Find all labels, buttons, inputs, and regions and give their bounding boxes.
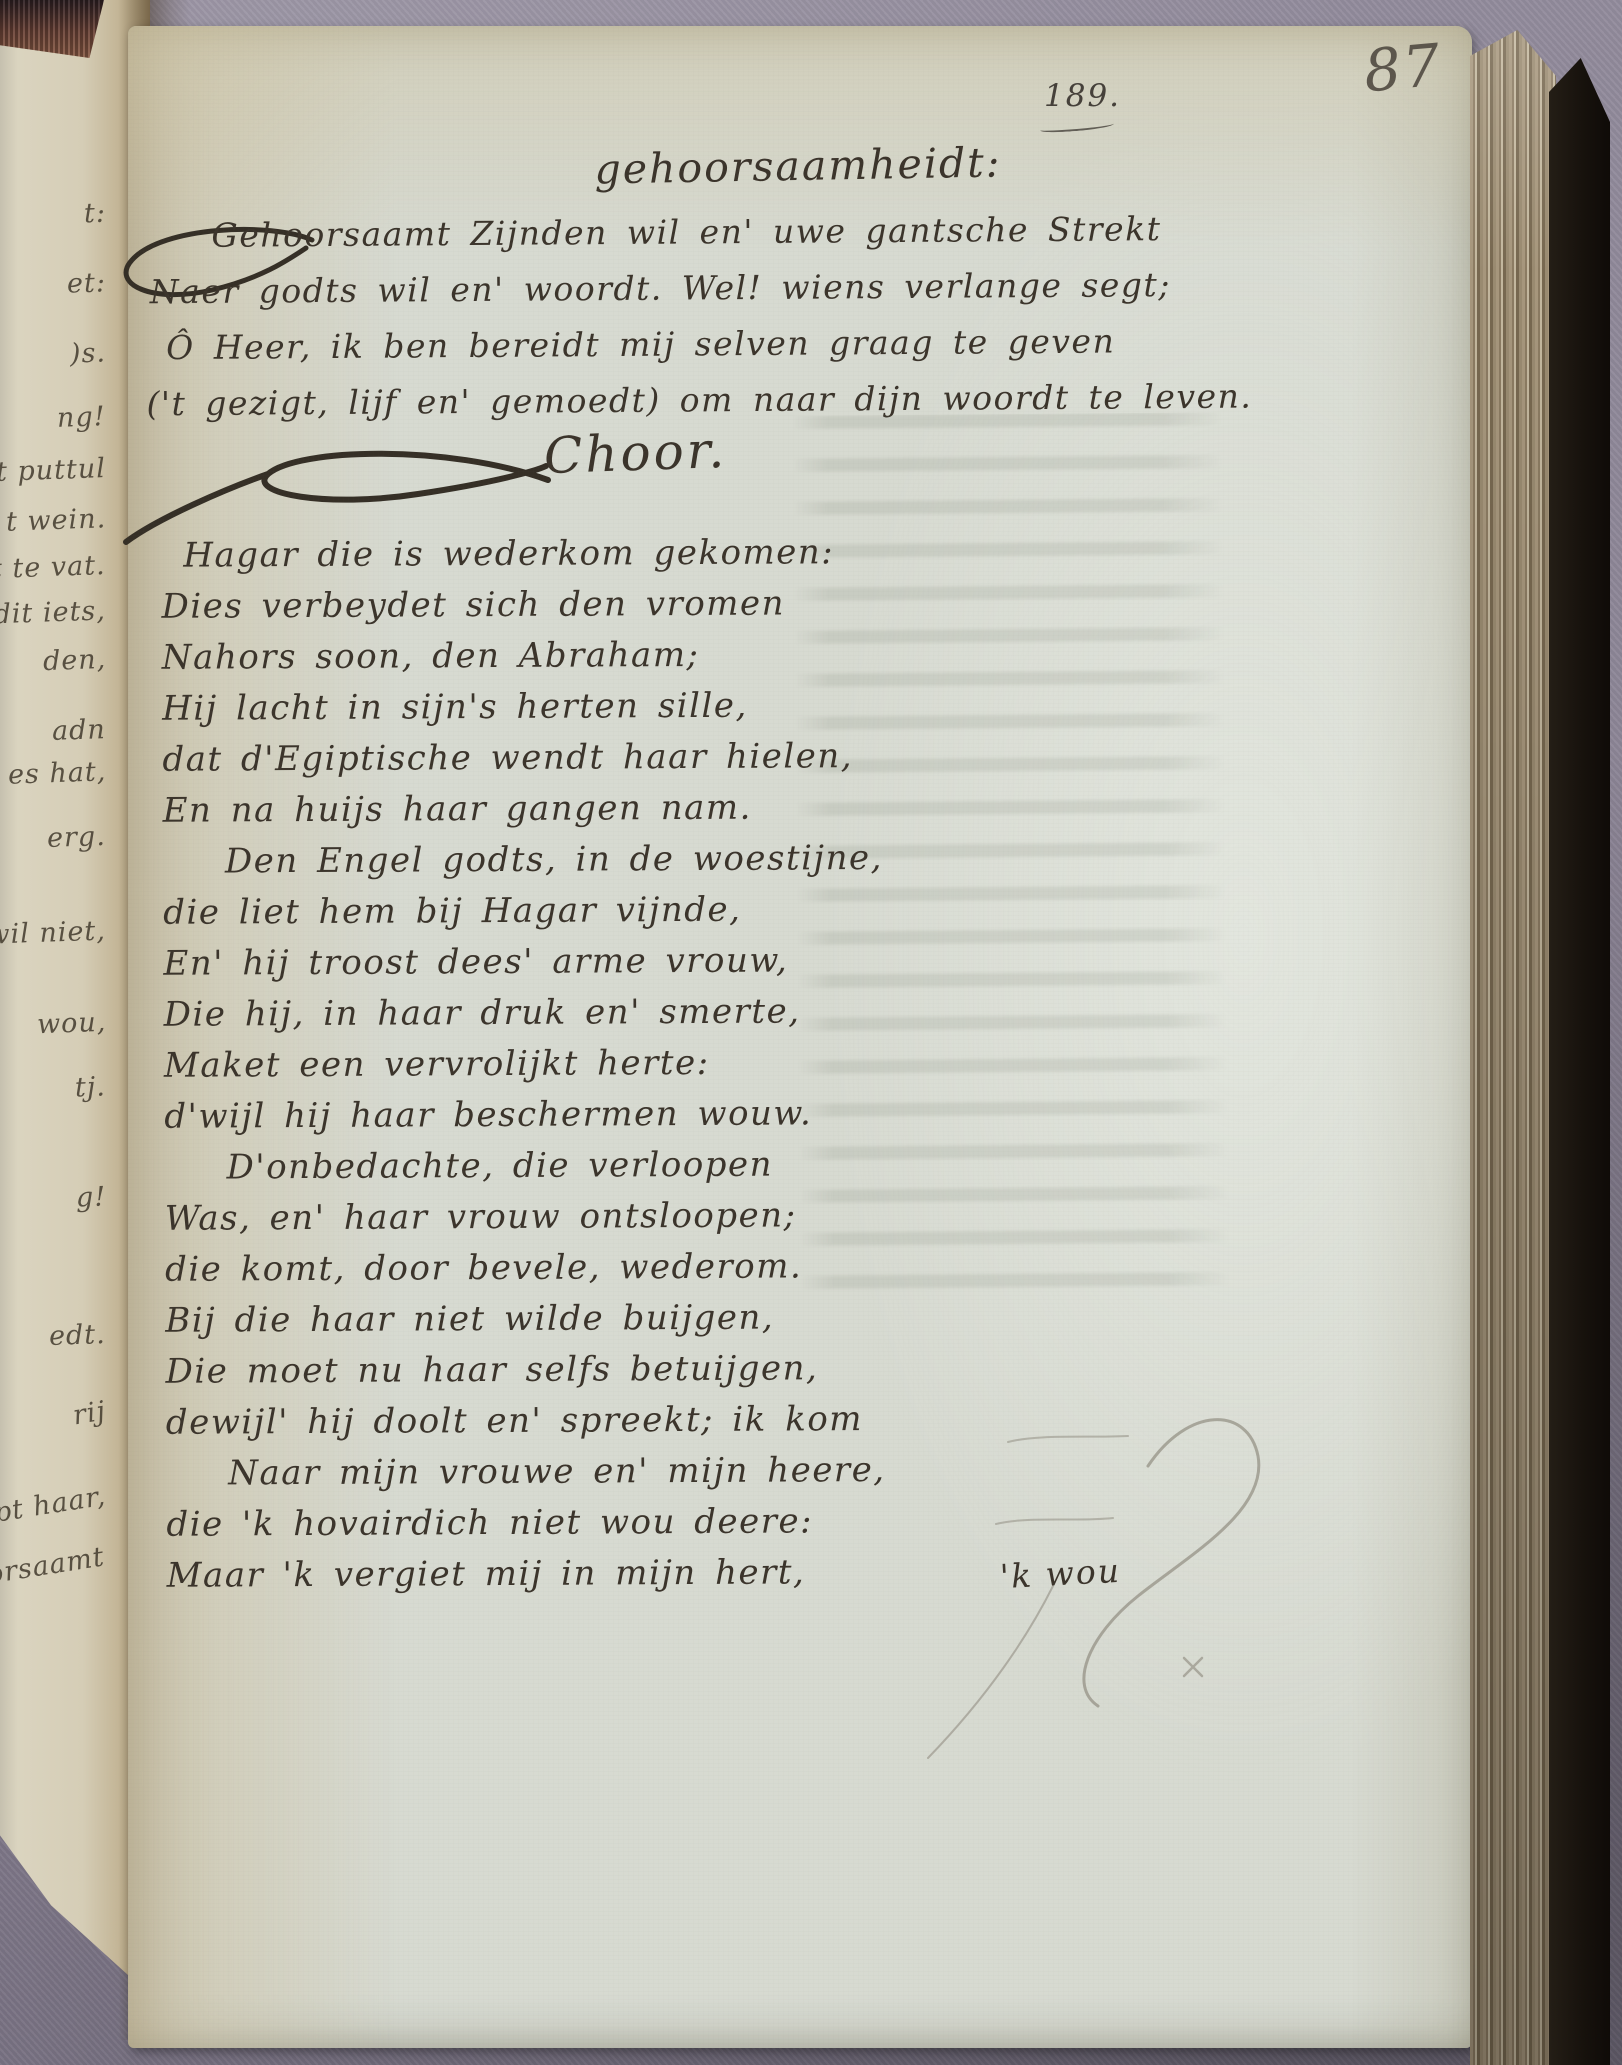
verse-line: En na huijs haar gangen nam. xyxy=(141,780,1241,837)
page-title: gehoorsaamheidt: xyxy=(508,137,1089,195)
edge-text-fragment: g! xyxy=(75,1181,106,1213)
edge-text-fragment: tj. xyxy=(75,1071,107,1103)
verse-line: die 'k hovairdich niet wou deere: xyxy=(144,1494,1244,1551)
book-cover-edge xyxy=(1549,58,1610,2065)
manuscript-page: 87 189. gehoorsaamheidt: Gehoorsaamt Zij… xyxy=(128,26,1472,2048)
edge-text-fragment: rij xyxy=(71,1396,108,1432)
verse-line: Die moet nu haar selfs betuijgen, xyxy=(143,1341,1243,1398)
edge-text-fragment: erg. xyxy=(47,821,107,854)
verse-line: En' hij troost dees' arme vrouw, xyxy=(141,933,1241,990)
edge-text-fragment: t puttul xyxy=(0,453,107,488)
edge-text-fragment: adn xyxy=(52,714,107,747)
verse-line: Ô Heer, ik ben bereidt mij selven graag … xyxy=(136,312,1376,377)
edge-text-fragment: gehoorsaamt xyxy=(0,1541,107,1601)
edge-text-fragment: ng! xyxy=(57,401,107,434)
verse-line: Bij die haar niet wilde buijgen, xyxy=(143,1290,1243,1347)
edge-text-fragment: wou, xyxy=(36,1007,106,1040)
verse-line: Dies verbeydet sich den vromen xyxy=(139,576,1239,633)
edge-text-fragment: edt. xyxy=(49,1319,107,1352)
edge-text-fragment: t wein. xyxy=(5,503,106,537)
opening-stanza: Gehoorsaamt Zijnden wil en' uwe gantsche… xyxy=(135,200,1377,433)
verse-line: Maket een vervrolijkt herte: xyxy=(142,1035,1242,1092)
verse-line: Naar mijn vrouwe en' mijn heere, xyxy=(144,1443,1244,1500)
verse-line: Gehoorsaamt Zijnden wil en' uwe gantsche… xyxy=(135,200,1375,265)
edge-text-fragment: et: xyxy=(67,267,107,299)
verse-line: dat d'Egiptische wendt haar hielen, xyxy=(140,729,1240,786)
edge-text-fragment: den, xyxy=(42,644,106,677)
edge-text-fragment: t te vat. xyxy=(0,550,107,585)
verse-line: Hagar die is wederkom gekomen: xyxy=(139,525,1239,582)
choor-heading: Choor. xyxy=(543,421,728,485)
catchword: 'k wou xyxy=(999,1551,1122,1596)
verse-line: die liet hem bij Hagar vijnde, xyxy=(141,882,1241,939)
edge-text-fragment: t wil niet, xyxy=(0,916,106,952)
page-number: 189. xyxy=(1044,78,1121,114)
verse-line: d'wijl hij haar beschermen wouw. xyxy=(142,1086,1242,1143)
edge-text-fragment: kopt haar, xyxy=(0,1481,108,1535)
page-block-edges xyxy=(1470,30,1556,2065)
edge-text-fragment: ik dit iets, xyxy=(0,595,106,631)
verse-line: Naer godts wil en' woordt. Wel! wiens ve… xyxy=(136,256,1376,321)
folio-number: 87 xyxy=(1361,31,1444,106)
verse-line: die komt, door bevele, wederom. xyxy=(143,1239,1243,1296)
edge-text-fragment: es hat, xyxy=(7,756,106,790)
verse-line: dewijl' hij doolt en' spreekt; ik kom xyxy=(144,1392,1244,1449)
verse-line: Die hij, in haar druk en' smerte, xyxy=(142,984,1242,1041)
edge-text-fragment: )s. xyxy=(69,337,106,369)
edge-text-fragment: t: xyxy=(84,198,107,230)
verse-line: Nahors soon, den Abraham; xyxy=(140,627,1240,684)
verse-line: D'onbedachte, die verloopen xyxy=(142,1137,1242,1194)
choor-stanzas: Hagar die is wederkom gekomen: Dies verb… xyxy=(139,525,1245,1602)
verse-line: Hij lacht in sijn's herten sille, xyxy=(140,678,1240,735)
verse-line: Den Engel godts, in de woestijne, xyxy=(141,831,1241,888)
verse-line: Was, en' haar vrouw ontsloopen; xyxy=(143,1188,1243,1245)
manuscript-photo: t: et: )s. ng! t puttul t wein. t te vat… xyxy=(0,0,1622,2065)
page-number-underline xyxy=(1040,120,1114,133)
